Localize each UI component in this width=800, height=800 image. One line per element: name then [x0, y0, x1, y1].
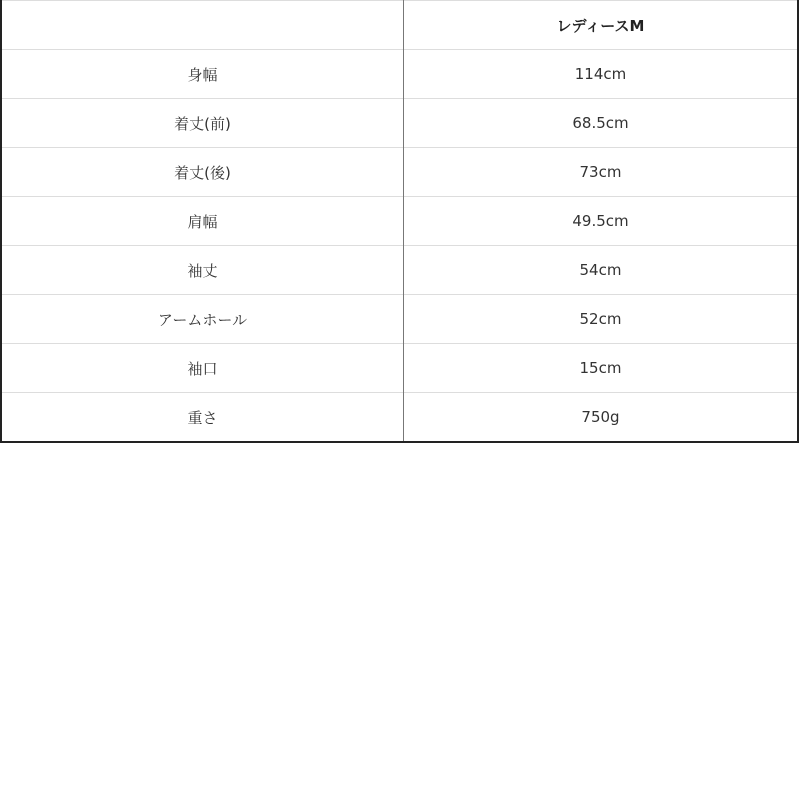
header-size-cell: レディースM — [404, 1, 799, 50]
table-row: アームホール 52cm — [1, 295, 798, 344]
row-label: 着丈(後) — [1, 148, 404, 197]
table-header-row: レディースM — [1, 1, 798, 50]
row-label: 肩幅 — [1, 197, 404, 246]
row-label: アームホール — [1, 295, 404, 344]
table-row: 重さ 750g — [1, 393, 798, 443]
row-value: 52cm — [404, 295, 799, 344]
row-value: 54cm — [404, 246, 799, 295]
table-row: 袖口 15cm — [1, 344, 798, 393]
table-row: 着丈(前) 68.5cm — [1, 99, 798, 148]
row-label: 袖丈 — [1, 246, 404, 295]
row-value: 49.5cm — [404, 197, 799, 246]
row-label: 重さ — [1, 393, 404, 443]
table-row: 袖丈 54cm — [1, 246, 798, 295]
header-empty-cell — [1, 1, 404, 50]
row-label: 袖口 — [1, 344, 404, 393]
row-value: 68.5cm — [404, 99, 799, 148]
table-row: 肩幅 49.5cm — [1, 197, 798, 246]
row-value: 114cm — [404, 50, 799, 99]
row-value: 15cm — [404, 344, 799, 393]
row-value: 750g — [404, 393, 799, 443]
row-value: 73cm — [404, 148, 799, 197]
row-label: 身幅 — [1, 50, 404, 99]
table-row: 身幅 114cm — [1, 50, 798, 99]
size-chart-table: レディースM 身幅 114cm 着丈(前) 68.5cm 着丈(後) 73cm … — [0, 0, 799, 443]
row-label: 着丈(前) — [1, 99, 404, 148]
table-row: 着丈(後) 73cm — [1, 148, 798, 197]
